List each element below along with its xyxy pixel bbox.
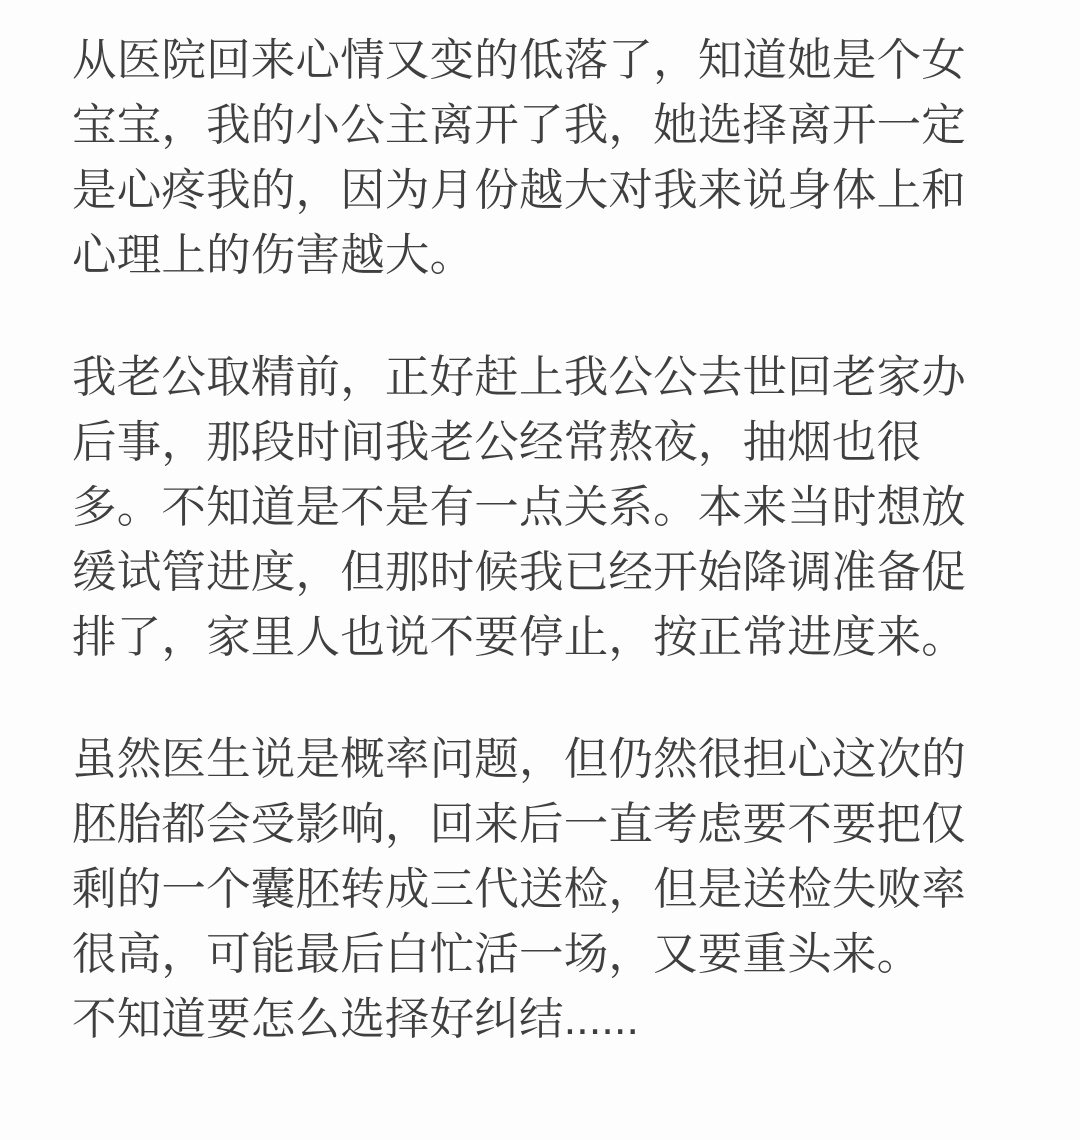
text-line: 从医院回来心情又变的低落了，知道她是个女 xyxy=(72,28,1024,93)
text-line: 我老公取精前，正好赶上我公公去世回老家办 xyxy=(72,345,1024,410)
paragraph-3: 虽然医生说是概率问题，但仍然很担心这次的 胚胎都会受影响，回来后一直考虑要不要把… xyxy=(72,727,1024,1052)
paragraph-1: 从医院回来心情又变的低落了，知道她是个女 宝宝，我的小公主离开了我，她选择离开一… xyxy=(72,28,1024,288)
text-line: 排了，家里人也说不要停止，按正常进度来。 xyxy=(72,605,1024,670)
text-line: 多。不知道是不是有一点关系。本来当时想放 xyxy=(72,475,1024,540)
text-line: 宝宝，我的小公主离开了我，她选择离开一定 xyxy=(72,93,1024,158)
text-line: 是心疼我的，因为月份越大对我来说身体上和 xyxy=(72,158,1024,223)
text-line: 胚胎都会受影响，回来后一直考虑要不要把仅 xyxy=(72,792,1024,857)
text-line: 后事，那段时间我老公经常熬夜，抽烟也很 xyxy=(72,410,1024,475)
text-line: 虽然医生说是概率问题，但仍然很担心这次的 xyxy=(72,727,1024,792)
text-line: 缓试管进度，但那时候我已经开始降调准备促 xyxy=(72,540,1024,605)
paragraph-2: 我老公取精前，正好赶上我公公去世回老家办 后事，那段时间我老公经常熬夜，抽烟也很… xyxy=(72,345,1024,670)
text-line: 不知道要怎么选择好纠结...... xyxy=(72,987,1024,1052)
post-content: 从医院回来心情又变的低落了，知道她是个女 宝宝，我的小公主离开了我，她选择离开一… xyxy=(0,0,1080,1052)
text-line: 心理上的伤害越大。 xyxy=(72,223,1024,288)
text-line: 很高，可能最后白忙活一场，又要重头来。 xyxy=(72,922,1024,987)
text-line: 剩的一个囊胚转成三代送检，但是送检失败率 xyxy=(72,857,1024,922)
